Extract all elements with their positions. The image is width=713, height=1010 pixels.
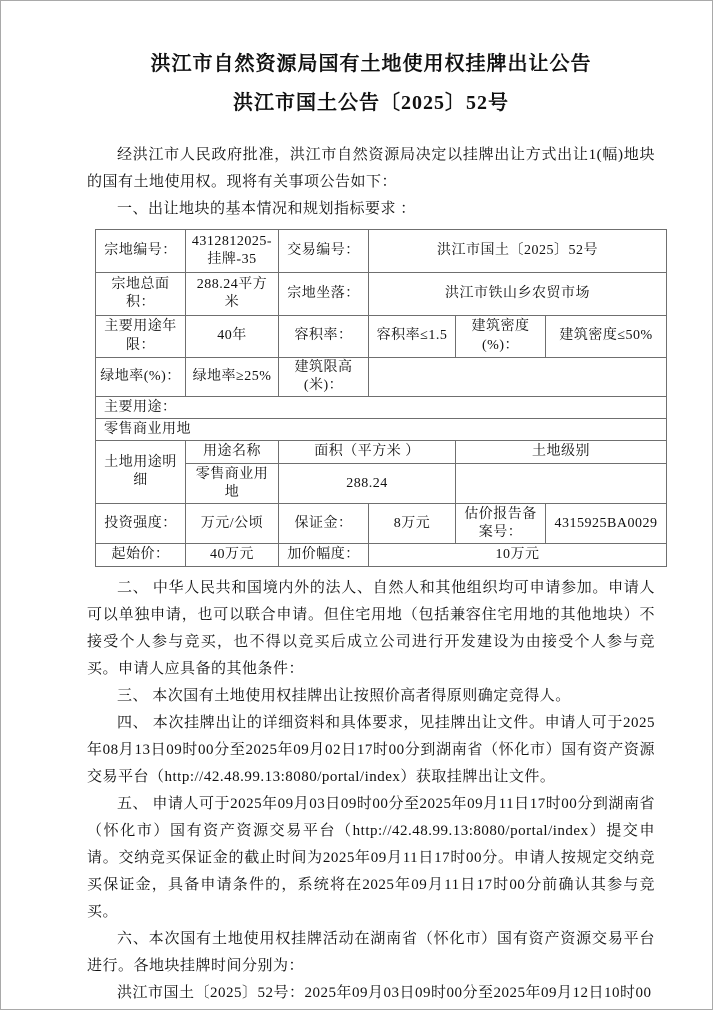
table-row: 土地用途明细 用途名称 面积（平方米 ） 土地级别: [96, 441, 667, 464]
height-limit-value: [369, 358, 667, 397]
appraisal-value: 4315925BA0029: [546, 504, 667, 544]
main-use-label: 主要用途：: [96, 397, 667, 419]
use-detail-label: 土地用途明细: [96, 441, 186, 504]
paragraph-six: 六、本次国有土地使用权挂牌活动在湖南省（怀化市）国有资产资源交易平台进行。各地块…: [87, 926, 655, 980]
trade-no-label: 交易编号：: [279, 230, 369, 273]
total-area-value: 288.24平方米: [186, 273, 279, 316]
table-row: 主要用途：: [96, 397, 667, 419]
use-name-value: 零售商业用地: [186, 464, 279, 504]
paragraph-three: 三、 本次国有土地使用权挂牌出让按照价高者得原则确定竞得人。: [87, 683, 655, 710]
table-row: 宗地编号： 4312812025-挂牌-35 交易编号： 洪江市国土〔2025〕…: [96, 230, 667, 273]
listing-time-line: 洪江市国土〔2025〕52号：2025年09月03日09时00分至2025年09…: [87, 980, 655, 1007]
page-title: 洪江市自然资源局国有土地使用权挂牌出让公告: [87, 53, 655, 75]
building-density-value: 建筑密度≤50%: [546, 316, 667, 358]
use-name-header: 用途名称: [186, 441, 279, 464]
location-value: 洪江市铁山乡农贸市场: [369, 273, 667, 316]
deposit-value: 8万元: [369, 504, 456, 544]
start-price-value: 40万元: [186, 544, 279, 567]
intro-paragraph: 经洪江市人民政府批准，洪江市自然资源局决定以挂牌出让方式出让1(幅)地块的国有土…: [87, 142, 655, 196]
location-label: 宗地坐落：: [279, 273, 369, 316]
green-rate-label: 绿地率(%)：: [96, 358, 186, 397]
area-value: 288.24: [279, 464, 456, 504]
table-row: 起始价： 40万元 加价幅度： 10万元: [96, 544, 667, 567]
paragraph-four: 四、 本次挂牌出让的详细资料和具体要求，见挂牌出让文件。申请人可于2025年08…: [87, 710, 655, 791]
land-grade-header: 土地级别: [456, 441, 667, 464]
table-row: 投资强度： 万元/公顷 保证金： 8万元 估价报告备案号： 4315925BA0…: [96, 504, 667, 544]
appraisal-label: 估价报告备案号：: [456, 504, 546, 544]
main-use-value: 零售商业用地: [96, 419, 667, 441]
parcel-info-table: 宗地编号： 4312812025-挂牌-35 交易编号： 洪江市国土〔2025〕…: [95, 229, 667, 567]
increment-value: 10万元: [369, 544, 667, 567]
use-term-value: 40年: [186, 316, 279, 358]
announcement-page: 洪江市自然资源局国有土地使用权挂牌出让公告 洪江市国土公告〔2025〕52号 经…: [0, 0, 713, 1010]
doc-number: 洪江市国土公告〔2025〕52号: [87, 92, 655, 114]
area-header: 面积（平方米 ）: [279, 441, 456, 464]
height-limit-label: 建筑限高(米)：: [279, 358, 369, 397]
paragraph-five: 五、 申请人可于2025年09月03日09时00分至2025年09月11日17时…: [87, 791, 655, 926]
plot-ratio-label: 容积率：: [279, 316, 369, 358]
table-row: 宗地总面积： 288.24平方米 宗地坐落： 洪江市铁山乡农贸市场: [96, 273, 667, 316]
building-density-label: 建筑密度(%)：: [456, 316, 546, 358]
start-price-label: 起始价：: [96, 544, 186, 567]
deposit-label: 保证金：: [279, 504, 369, 544]
investment-value: 万元/公顷: [186, 504, 279, 544]
total-area-label: 宗地总面积：: [96, 273, 186, 316]
paragraph-two: 二、 中华人民共和国境内外的法人、自然人和其他组织均可申请参加。申请人可以单独申…: [87, 575, 655, 683]
land-grade-value: [456, 464, 667, 504]
table-row: 绿地率(%)： 绿地率≥25% 建筑限高(米)：: [96, 358, 667, 397]
investment-label: 投资强度：: [96, 504, 186, 544]
section-one-heading: 一、出让地块的基本情况和规划指标要求 ：: [87, 196, 655, 223]
table-row: 主要用途年限： 40年 容积率： 容积率≤1.5 建筑密度(%)： 建筑密度≤5…: [96, 316, 667, 358]
plot-ratio-value: 容积率≤1.5: [369, 316, 456, 358]
green-rate-value: 绿地率≥25%: [186, 358, 279, 397]
parcel-no-value: 4312812025-挂牌-35: [186, 230, 279, 273]
parcel-no-label: 宗地编号：: [96, 230, 186, 273]
increment-label: 加价幅度：: [279, 544, 369, 567]
table-row: 零售商业用地: [96, 419, 667, 441]
trade-no-value: 洪江市国土〔2025〕52号: [369, 230, 667, 273]
use-term-label: 主要用途年限：: [96, 316, 186, 358]
